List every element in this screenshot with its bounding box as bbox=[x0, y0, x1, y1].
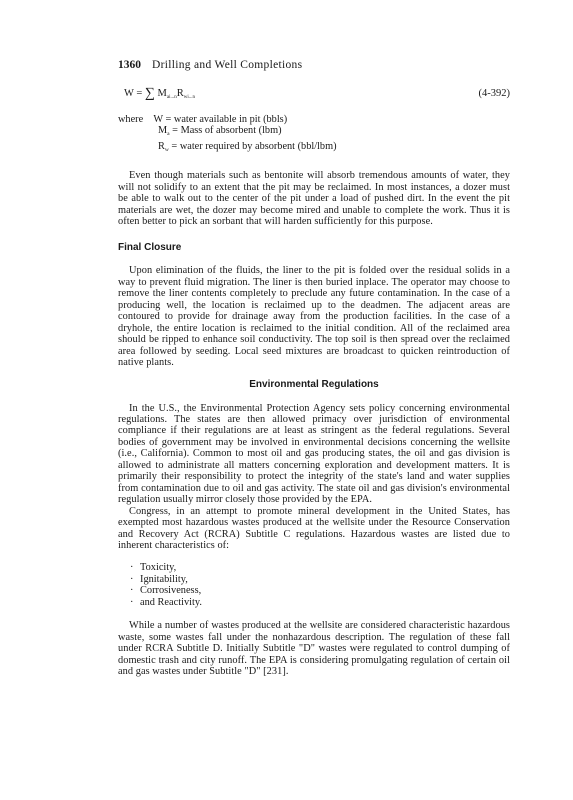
equation-r-subscript: wi...n bbox=[184, 95, 195, 100]
characteristics-list: ·Toxicity, ·Ignitability, ·Corrosiveness… bbox=[130, 562, 510, 608]
paragraph-sorbent: Even though materials such as bentonite … bbox=[118, 170, 510, 227]
list-item-text: Toxicity, bbox=[140, 562, 176, 573]
where-row-m: Ma = Mass of absorbent (lbm) bbox=[118, 125, 510, 140]
paragraph-subtitle-d: While a number of wastes produced at the… bbox=[118, 620, 510, 677]
where-row-r: Rw = water required by absorbent (bbl/lb… bbox=[118, 141, 510, 156]
running-head-title: Drilling and Well Completions bbox=[152, 59, 302, 71]
sigma-icon: ∑ bbox=[145, 86, 155, 101]
heading-final-closure: Final Closure bbox=[118, 242, 510, 254]
page-number: 1360 bbox=[118, 58, 152, 72]
list-item: ·and Reactivity. bbox=[130, 597, 510, 608]
running-head: 1360Drilling and Well Completions bbox=[118, 58, 510, 72]
bullet-icon: · bbox=[130, 585, 133, 596]
equation-4-392: W = ∑ Mai...nRwi...n (4-392) bbox=[118, 86, 510, 102]
equation-number: (4-392) bbox=[479, 86, 511, 102]
where-definition: = water available in pit (bbls) bbox=[163, 114, 287, 125]
equation-m-subscript: ai...n bbox=[167, 95, 177, 100]
heading-environmental-regulations: Environmental Regulations bbox=[118, 379, 510, 391]
where-symbol: W bbox=[153, 114, 163, 125]
paragraph-rcra: Congress, in an attempt to promote miner… bbox=[118, 506, 510, 552]
paragraph-final-closure: Upon elimination of the fluids, the line… bbox=[118, 265, 510, 368]
equation-r: R bbox=[177, 88, 184, 99]
bullet-icon: · bbox=[130, 562, 133, 573]
where-symbol: R bbox=[158, 141, 165, 152]
list-item-text: and Reactivity. bbox=[140, 597, 202, 608]
equation-m: M bbox=[158, 88, 167, 99]
paragraph-epa: In the U.S., the Environmental Protectio… bbox=[118, 403, 510, 506]
where-clause: where W = water available in pit (bbls) … bbox=[118, 114, 510, 156]
equation-body: W = ∑ Mai...nRwi...n bbox=[124, 86, 195, 106]
where-row-w: where W = water available in pit (bbls) bbox=[118, 114, 510, 125]
list-item-text: Corrosiveness, bbox=[140, 585, 201, 596]
where-definition: = Mass of absorbent (lbm) bbox=[170, 125, 282, 136]
bullet-icon: · bbox=[130, 574, 133, 585]
list-item: ·Ignitability, bbox=[130, 574, 510, 585]
bullet-icon: · bbox=[130, 597, 133, 608]
list-item: ·Toxicity, bbox=[130, 562, 510, 573]
equation-lhs: W = bbox=[124, 88, 145, 99]
book-page: 1360Drilling and Well Completions W = ∑ … bbox=[118, 58, 510, 678]
where-symbol: M bbox=[158, 125, 167, 136]
list-item: ·Corrosiveness, bbox=[130, 585, 510, 596]
where-definition: = water required by absorbent (bbl/lbm) bbox=[169, 141, 337, 152]
list-item-text: Ignitability, bbox=[140, 574, 188, 585]
where-keyword: where bbox=[118, 114, 151, 125]
